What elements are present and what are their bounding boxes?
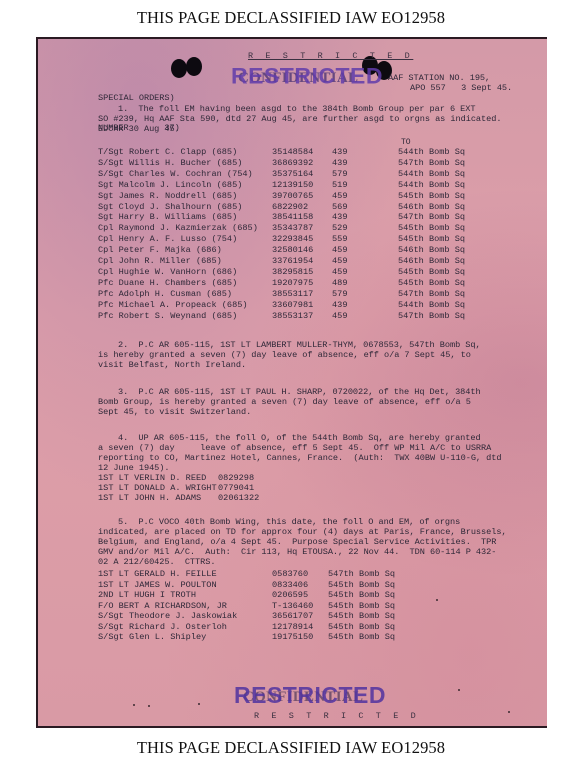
table-row: S/Sgt Willis H. Bucher (685)368693924395… bbox=[98, 158, 538, 168]
cell-unit: 545th Bomb Sq bbox=[328, 611, 395, 621]
table-row: S/Sgt Charles W. Cochran (754)3537516457… bbox=[98, 169, 538, 179]
cell-unit: 547th Bomb Sq bbox=[398, 158, 465, 168]
cell-name: 1ST LT DONALD A. WRIGHT bbox=[98, 483, 217, 493]
para1-line3: EDCMR 30 Aug 45. bbox=[98, 124, 180, 134]
cell-unit: 547th Bomb Sq bbox=[398, 212, 465, 222]
para4-line3: reporting to CO, Martinez Hotel, Cannes,… bbox=[98, 453, 501, 463]
classification-header: R E S T R I C T E D bbox=[248, 51, 413, 61]
cell-name: Pfc Duane H. Chambers (685) bbox=[98, 278, 237, 288]
para4-line4: 12 June 1945). bbox=[98, 463, 170, 473]
cell-name: S/Sgt Willis H. Bucher (685) bbox=[98, 158, 242, 168]
cell-unit: 545th Bomb Sq bbox=[398, 234, 465, 244]
cell-name: Sgt Cloyd J. Shalhourn (685) bbox=[98, 202, 242, 212]
cell-serial: 19175150 bbox=[272, 632, 313, 642]
cell-name: 2ND LT HUGH I TROTH bbox=[98, 590, 196, 600]
scan-speck bbox=[508, 711, 510, 713]
cell-serial: 35375164 bbox=[272, 169, 313, 179]
cell-serial: T-136460 bbox=[272, 601, 313, 611]
scan-speck bbox=[436, 599, 438, 601]
cell-name: Cpl Raymond J. Kazmierzak (685) bbox=[98, 223, 258, 233]
para4-line1: 4. UP AR 605-115, the foll O, of the 544… bbox=[118, 433, 481, 443]
cell-unit: 545th Bomb Sq bbox=[328, 580, 395, 590]
cell-serial: 0206595 bbox=[272, 590, 308, 600]
table-row: Cpl Peter F. Majka (686)32580146459546th… bbox=[98, 245, 538, 255]
cell-mos: 459 bbox=[332, 311, 347, 321]
cell-mos: 439 bbox=[332, 147, 347, 157]
cell-serial: 38295815 bbox=[272, 267, 313, 277]
cell-unit: 544th Bomb Sq bbox=[398, 169, 465, 179]
cell-serial: 12139150 bbox=[272, 180, 313, 190]
cell-mos: 489 bbox=[332, 278, 347, 288]
cell-mos: 459 bbox=[332, 191, 347, 201]
cell-name: Cpl Peter F. Majka (686) bbox=[98, 245, 222, 255]
scan-speck bbox=[148, 705, 150, 707]
table-row: Cpl Henry A. F. Lusso (754)3229384555954… bbox=[98, 234, 538, 244]
cell-name: Cpl Henry A. F. Lusso (754) bbox=[98, 234, 237, 244]
table-row: Cpl Hughie W. VanHorn (686)3829581545954… bbox=[98, 267, 538, 277]
cell-serial: 38553137 bbox=[272, 311, 313, 321]
cell-serial: 6822902 bbox=[272, 202, 308, 212]
cell-mos: 439 bbox=[332, 212, 347, 222]
cell-name: S/Sgt Richard J. Osterloh bbox=[98, 622, 227, 632]
cell-name: 1ST LT JAMES W. POULTON bbox=[98, 580, 217, 590]
para2-line1: 2. P.C AR 605-115, 1ST LT LAMBERT MULLER… bbox=[118, 340, 481, 350]
cell-unit: 545th Bomb Sq bbox=[328, 601, 395, 611]
cell-serial: 0833406 bbox=[272, 580, 308, 590]
table-row: S/Sgt Richard J. Osterloh12178914545th B… bbox=[98, 622, 538, 632]
cell-mos: 529 bbox=[332, 223, 347, 233]
cell-name: Pfc Robert S. Weynand (685) bbox=[98, 311, 237, 321]
table-row: Pfc Michael A. Propeack (685)33607981439… bbox=[98, 300, 538, 310]
para5-line5: 02 A 212/60425. CTTRS. bbox=[98, 557, 215, 567]
scanned-document-page: R E S T R I C T E D CONFIDENTIAL RESTRIC… bbox=[36, 37, 547, 728]
table-row: Pfc Robert S. Weynand (685)3855313745954… bbox=[98, 311, 538, 321]
cell-unit: 545th Bomb Sq bbox=[398, 267, 465, 277]
scan-speck bbox=[458, 689, 460, 691]
cell-serial: 36869392 bbox=[272, 158, 313, 168]
cell-name: Cpl John R. Miller (685) bbox=[98, 256, 222, 266]
para3-line3: Sept 45, to visit Switzerland. bbox=[98, 407, 251, 417]
cell-name: S/Sgt Charles W. Cochran (754) bbox=[98, 169, 253, 179]
cell-serial: 12178914 bbox=[272, 622, 313, 632]
table-row: Sgt Harry B. Williams (685)3854115843954… bbox=[98, 212, 538, 222]
table-row: 1ST LT GERALD H. FEILLE0583760547th Bomb… bbox=[98, 569, 538, 579]
cell-serial: 19207975 bbox=[272, 278, 313, 288]
para1-line2: SO #239, Hq AAF Sta 590, dtd 27 Aug 45, … bbox=[98, 114, 501, 124]
para2-line3: visit Belfast, North Ireland. bbox=[98, 360, 246, 370]
scan-speck bbox=[133, 704, 135, 706]
table-row: Sgt Malcolm J. Lincoln (685)121391505195… bbox=[98, 180, 538, 190]
cell-serial: 33761954 bbox=[272, 256, 313, 266]
cell-serial: 02061322 bbox=[218, 493, 259, 503]
special-orders-line: SPECIAL ORDERS) bbox=[98, 93, 180, 103]
para5-line1: 5. P.C VOCO 40th Bomb Wing, this date, t… bbox=[118, 517, 460, 527]
cell-serial: 0583760 bbox=[272, 569, 308, 579]
table-row: 1ST LT JOHN H. ADAMS02061322 bbox=[98, 493, 538, 503]
table-row: Pfc Duane H. Chambers (685)1920797548954… bbox=[98, 278, 538, 288]
cell-mos: 459 bbox=[332, 256, 347, 266]
cell-unit: 547th Bomb Sq bbox=[398, 311, 465, 321]
cell-serial: 0779041 bbox=[218, 483, 254, 493]
cell-name: S/Sgt Theodore J. Jaskowiak bbox=[98, 611, 237, 621]
cell-mos: 579 bbox=[332, 169, 347, 179]
cell-name: 1ST LT GERALD H. FEILLE bbox=[98, 569, 217, 579]
para5-line4: GMV and/or Mil A/C. Auth: Cir 113, Hq ET… bbox=[98, 547, 496, 557]
cell-serial: 39700765 bbox=[272, 191, 313, 201]
cell-name: Sgt Malcolm J. Lincoln (685) bbox=[98, 180, 242, 190]
cell-serial: 32293845 bbox=[272, 234, 313, 244]
table-row: Pfc Adolph H. Cusman (685)38553117579547… bbox=[98, 289, 538, 299]
declassification-banner-top: THIS PAGE DECLASSIFIED IAW EO12958 bbox=[0, 8, 582, 28]
cell-serial: 32580146 bbox=[272, 245, 313, 255]
para3-line2: Bomb Group, is hereby granted a seven (7… bbox=[98, 397, 471, 407]
cell-unit: 544th Bomb Sq bbox=[398, 180, 465, 190]
table-row: T/Sgt Robert C. Clapp (685)3514858443954… bbox=[98, 147, 538, 157]
cell-name: Pfc Michael A. Propeack (685) bbox=[98, 300, 248, 310]
table-row: S/Sgt Glen L. Shipley19175150545th Bomb … bbox=[98, 632, 538, 642]
para5-line2: indicated, are placed on TD for approx f… bbox=[98, 527, 507, 537]
cell-name: Sgt James R. Noddrell (685) bbox=[98, 191, 237, 201]
cell-name: Sgt Harry B. Williams (685) bbox=[98, 212, 237, 222]
table-row: Sgt James R. Noddrell (685)3970076545954… bbox=[98, 191, 538, 201]
table-row: Cpl Raymond J. Kazmierzak (685)353437875… bbox=[98, 223, 538, 233]
cell-unit: 547th Bomb Sq bbox=[328, 569, 395, 579]
declassification-banner-bottom: THIS PAGE DECLASSIFIED IAW EO12958 bbox=[0, 738, 582, 758]
cell-name: 1ST LT VERLIN D. REED bbox=[98, 473, 206, 483]
cell-name: Pfc Adolph H. Cusman (685) bbox=[98, 289, 232, 299]
cell-mos: 579 bbox=[332, 289, 347, 299]
table-row: Sgt Cloyd J. Shalhourn (685)682290256954… bbox=[98, 202, 538, 212]
cell-unit: 545th Bomb Sq bbox=[328, 632, 395, 642]
apo-date-line: APO 557 3 Sept 45. bbox=[410, 83, 512, 93]
table-row: 1ST LT VERLIN D. REED0829298 bbox=[98, 473, 538, 483]
cell-mos: 569 bbox=[332, 202, 347, 212]
para2-line2: is hereby granted a seven (7) day leave … bbox=[98, 350, 471, 360]
cell-serial: 33607981 bbox=[272, 300, 313, 310]
cell-serial: 38541158 bbox=[272, 212, 313, 222]
cell-unit: 546th Bomb Sq bbox=[398, 202, 465, 212]
table-row: Cpl John R. Miller (685)33761954459546th… bbox=[98, 256, 538, 266]
cell-unit: 545th Bomb Sq bbox=[398, 191, 465, 201]
para4-line2: a seven (7) day leave of absence, eff 5 … bbox=[98, 443, 491, 453]
cell-name: Cpl Hughie W. VanHorn (686) bbox=[98, 267, 237, 277]
cell-serial: 36561707 bbox=[272, 611, 313, 621]
para1-line1: 1. The foll EM having been asgd to the 3… bbox=[118, 104, 476, 114]
table-row: S/Sgt Theodore J. Jaskowiak36561707545th… bbox=[98, 611, 538, 621]
cell-unit: 545th Bomb Sq bbox=[328, 622, 395, 632]
cell-serial: 35343787 bbox=[272, 223, 313, 233]
cell-unit: 545th Bomb Sq bbox=[398, 278, 465, 288]
para3-line1: 3. P.C AR 605-115, 1ST LT PAUL H. SHARP,… bbox=[118, 387, 481, 397]
cell-unit: 544th Bomb Sq bbox=[398, 147, 465, 157]
table-row: F/O BERT A RICHARDSON, JRT-136460545th B… bbox=[98, 601, 538, 611]
station-line: AAF STATION NO. 195, bbox=[388, 73, 490, 83]
cell-name: F/O BERT A RICHARDSON, JR bbox=[98, 601, 227, 611]
cell-unit: 544th Bomb Sq bbox=[398, 300, 465, 310]
restricted-stamp: RESTRICTED bbox=[231, 64, 383, 90]
cell-serial: 0829298 bbox=[218, 473, 254, 483]
classification-footer: R E S T R I C T E D bbox=[254, 711, 419, 721]
para5-line3: Belgium, and England, o/a 4 Sept 45. Pur… bbox=[98, 537, 496, 547]
cell-serial: 38553117 bbox=[272, 289, 313, 299]
cell-unit: 547th Bomb Sq bbox=[398, 289, 465, 299]
cell-serial: 35148584 bbox=[272, 147, 313, 157]
cell-mos: 559 bbox=[332, 234, 347, 244]
table-row: 1ST LT DONALD A. WRIGHT0779041 bbox=[98, 483, 538, 493]
punch-hole-icon bbox=[186, 57, 202, 76]
cell-mos: 439 bbox=[332, 300, 347, 310]
cell-name: S/Sgt Glen L. Shipley bbox=[98, 632, 206, 642]
restricted-stamp-footer: RESTRICTED bbox=[234, 682, 386, 709]
cell-unit: 545th Bomb Sq bbox=[398, 223, 465, 233]
cell-mos: 459 bbox=[332, 267, 347, 277]
cell-unit: 545th Bomb Sq bbox=[328, 590, 395, 600]
table-row: 1ST LT JAMES W. POULTON0833406545th Bomb… bbox=[98, 580, 538, 590]
scan-speck bbox=[198, 703, 200, 705]
table-row: 2ND LT HUGH I TROTH0206595545th Bomb Sq bbox=[98, 590, 538, 600]
cell-unit: 546th Bomb Sq bbox=[398, 245, 465, 255]
cell-unit: 546th Bomb Sq bbox=[398, 256, 465, 266]
cell-name: T/Sgt Robert C. Clapp (685) bbox=[98, 147, 237, 157]
cell-name: 1ST LT JOHN H. ADAMS bbox=[98, 493, 201, 503]
cell-mos: 519 bbox=[332, 180, 347, 190]
cell-mos: 459 bbox=[332, 245, 347, 255]
cell-mos: 439 bbox=[332, 158, 347, 168]
